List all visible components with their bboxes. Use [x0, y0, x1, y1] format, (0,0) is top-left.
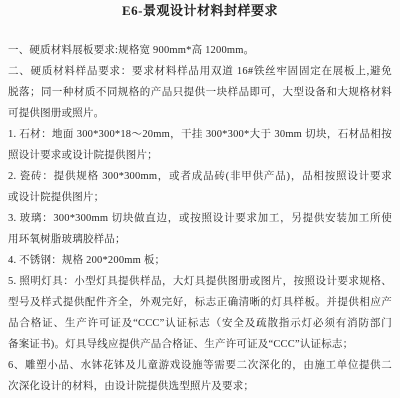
doc-line-14: 品合格证、生产许可证及“CCC”认证标志（安全及疏散指示灯必须有消防部门	[8, 313, 392, 334]
document-body: 一、硬质材料展板要求:规格宽 900mm*高 1200mm。 二、硬质材料样品要…	[8, 40, 392, 397]
doc-line-7: 2. 瓷砖：提供规格 300*300mm，或者成品砖(非甲供产品)，品相按照设计…	[8, 166, 392, 187]
doc-line-4: 可提供图册或照片。	[8, 103, 392, 124]
doc-line-12: 5. 照明灯具：小型灯具提供样品，大灯具提供图册或图片，按照设计要求规格、	[8, 271, 392, 292]
doc-line-10: 用环氧树脂玻璃胶样品；	[8, 229, 392, 250]
doc-line-5: 1. 石材：地面 300*300*18～20mm，干挂 300*300*大于 3…	[8, 124, 392, 145]
doc-line-6: 照设计要求或设计院提供图片；	[8, 145, 392, 166]
document-page: E6-景观设计材料封样要求 一、硬质材料展板要求:规格宽 900mm*高 120…	[0, 0, 400, 398]
doc-line-3: 脱落；同一种材质不同规格的产品只提供一块样品即可，大型设备和大规格材料	[8, 82, 392, 103]
doc-line-2: 二、硬质材料样品要求：要求材料样品用双道 16#铁丝牢固固定在展板上,避免	[8, 61, 392, 82]
page-title: E6-景观设计材料封样要求	[8, 3, 392, 19]
doc-line-9: 3. 玻璃：300*300mm 切块做直边，或按照设计要求加工，另提供安装加工所…	[8, 208, 392, 229]
doc-line-8: 或设计院提供图片；	[8, 187, 392, 208]
doc-line-11: 4. 不锈钢：规格 200*200mm 板；	[8, 250, 392, 271]
doc-line-17: 次深化设计的材料，由设计院提供选型照片及要求；	[8, 376, 392, 397]
doc-line-15: 备案证书)。灯具导线应提供产品合格证、生产许可证及“CCC”认证标志；	[8, 334, 392, 355]
doc-line-16: 6、雕塑小品、水钵花钵及儿童游戏设施等需要二次深化的，由施工单位提供二	[8, 355, 392, 376]
doc-line-1: 一、硬质材料展板要求:规格宽 900mm*高 1200mm。	[8, 40, 392, 61]
doc-line-13: 型号及样式提供配件齐全，外观完好，标志正确清晰的灯具样板。并提供相应产	[8, 292, 392, 313]
